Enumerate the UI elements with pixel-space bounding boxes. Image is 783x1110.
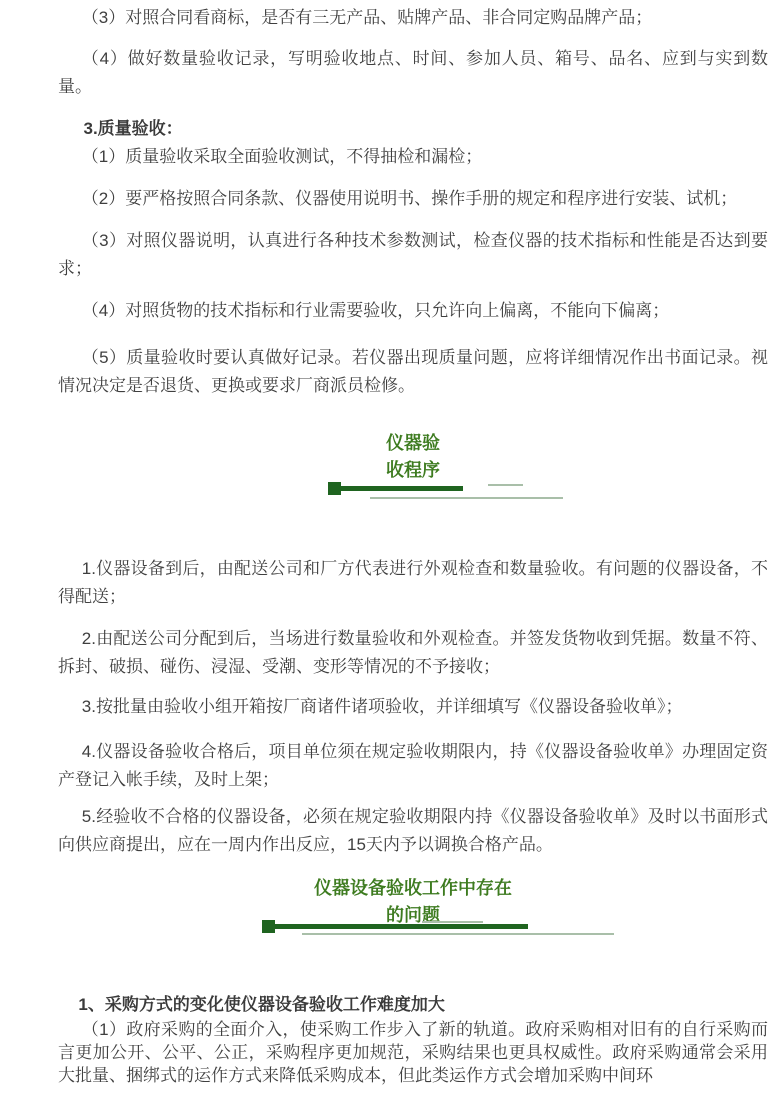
decoration-square — [328, 482, 341, 495]
paragraph-quantity-4: （4）做好数量验收记录，写明验收地点、时间、参加人员、箱号、品名、应到与实到数量… — [58, 45, 768, 101]
decoration-square — [262, 920, 275, 933]
decoration-short-line — [422, 921, 483, 923]
quality-item-4: （4）对照货物的技术指标和行业需要验收，只允许向上偏离，不能向下偏离； — [58, 297, 768, 325]
procedure-item-5: 5.经验收不合格的仪器设备，必须在规定验收期限内持《仪器设备验收单》及时以书面形… — [58, 803, 768, 859]
procedure-item-4: 4.仪器设备验收合格后，项目单位须在规定验收期限内，持《仪器设备验收单》办理固定… — [58, 738, 768, 794]
quality-item-2: （2）要严格按照合同条款、仪器使用说明书、操作手册的规定和程序进行安装、试机； — [58, 185, 768, 213]
title-underline-decoration — [58, 920, 768, 938]
quality-item-1: （1）质量验收采取全面验收测试，不得抽检和漏检； — [58, 143, 768, 171]
paragraph-quantity-3: （3）对照合同看商标，是否有三无产品、贴牌产品、非合同定购品牌产品； — [58, 4, 768, 32]
procedure-item-1: 1.仪器设备到后，由配送公司和厂方代表进行外观检查和数量验收。有问题的仪器设备，… — [58, 555, 768, 611]
heading-quality-acceptance: 3.质量验收： — [58, 115, 768, 143]
decoration-long-line — [302, 933, 614, 935]
decoration-thick-bar — [275, 924, 528, 929]
decoration-long-line — [370, 497, 563, 499]
heading-procurement-difficulty: 1、采购方式的变化使仪器设备验收工作难度加大 — [58, 993, 768, 1016]
section-title-problems-line1: 仪器设备验收工作中存在 — [58, 875, 768, 902]
title-underline-decoration — [58, 482, 768, 500]
article-content: （3）对照合同看商标，是否有三无产品、贴牌产品、非合同定购品牌产品； （4）做好… — [58, 0, 768, 1087]
section-title-procedure-line2: 收程序 — [58, 457, 768, 484]
section-title-procedure-line1: 仪器验 — [58, 430, 768, 457]
procedure-item-3: 3.按批量由验收小组开箱按厂商诸件诸项验收，并详细填写《仪器设备验收单》； — [58, 693, 768, 721]
paragraph-government-procurement: （1）政府采购的全面介入，使采购工作步入了新的轨道。政府采购相对旧有的自行采购而… — [58, 1018, 768, 1087]
decoration-short-line — [488, 484, 523, 486]
decoration-thick-bar — [341, 486, 463, 491]
article-page: （3）对照合同看商标，是否有三无产品、贴牌产品、非合同定购品牌产品； （4）做好… — [0, 0, 783, 1110]
section-title-procedure: 仪器验 收程序 — [58, 430, 768, 484]
quality-item-3: （3）对照仪器说明，认真进行各种技术参数测试，检查仪器的技术指标和性能是否达到要… — [58, 227, 768, 283]
quality-item-5: （5）质量验收时要认真做好记录。若仪器出现质量问题，应将详细情况作出书面记录。视… — [58, 344, 768, 400]
procedure-item-2: 2.由配送公司分配到后，当场进行数量验收和外观检查。并签发货物收到凭据。数量不符… — [58, 625, 768, 681]
